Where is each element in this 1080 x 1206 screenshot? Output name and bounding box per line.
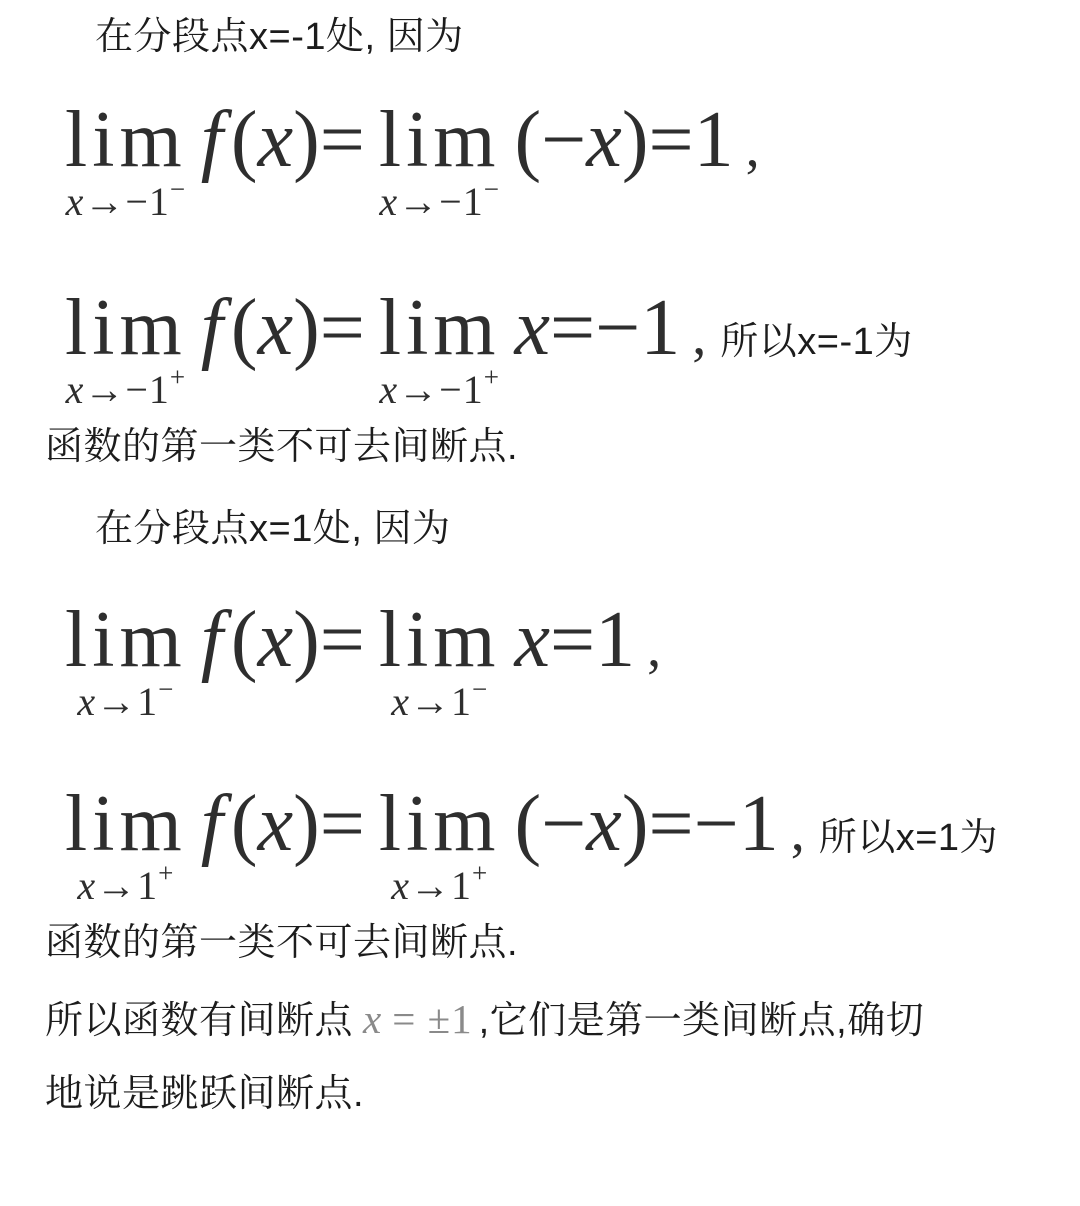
lim-label: lim bbox=[379, 780, 501, 868]
paragraph-piecewise-point-1: 在分段点x=1处, 因为 bbox=[95, 506, 1054, 554]
side-superscript: − bbox=[158, 674, 174, 704]
function-f: f bbox=[201, 96, 231, 184]
comma: , bbox=[647, 617, 661, 679]
limit-value: 1 bbox=[694, 96, 734, 184]
lim-label: lim bbox=[379, 284, 501, 372]
limit-subscript: x→−1− bbox=[66, 176, 187, 222]
lim-operator: limx→1− bbox=[65, 600, 187, 680]
comma: , bbox=[791, 801, 805, 863]
inline-math-x-equals-plusminus-1: x= ±1 bbox=[353, 996, 479, 1042]
limit-subscript: x→1− bbox=[77, 676, 174, 722]
lim-label: lim bbox=[65, 96, 187, 184]
summary-prefix: 所以函数有间断点 bbox=[45, 1000, 353, 1042]
formula-suffix-text: 所以x=1为 bbox=[819, 817, 998, 859]
lim-operator: limx→−1+ bbox=[379, 288, 501, 368]
lim-operator: limx→−1− bbox=[379, 100, 501, 180]
lim-operator: limx→−1+ bbox=[65, 288, 187, 368]
lim-operator: limx→1− bbox=[379, 600, 501, 680]
side-superscript: − bbox=[484, 174, 500, 204]
limit-value: 1 bbox=[595, 596, 635, 684]
summary-suffix: ,它们是第一类间断点,确切 bbox=[479, 1000, 925, 1042]
limit-subscript: x→−1+ bbox=[66, 364, 187, 410]
comma: , bbox=[692, 305, 706, 367]
side-superscript: + bbox=[484, 362, 500, 392]
paragraph-summary-line2: 地说是跳跃间断点. bbox=[45, 1071, 1054, 1119]
limit-subscript: x→1+ bbox=[391, 860, 488, 906]
function-f: f bbox=[201, 780, 231, 868]
side-superscript: + bbox=[170, 362, 186, 392]
lim-label: lim bbox=[65, 780, 187, 868]
side-superscript: + bbox=[158, 858, 174, 888]
function-f: f bbox=[201, 596, 231, 684]
side-superscript: + bbox=[472, 858, 488, 888]
lim-operator: limx→1+ bbox=[379, 784, 501, 864]
limit-value: −1 bbox=[694, 780, 779, 868]
side-superscript: − bbox=[472, 674, 488, 704]
formula-suffix-text: 所以x=-1为 bbox=[720, 321, 912, 363]
limit-equation-left-at-1: limx→1−f(x)=limx→1−x=1, bbox=[65, 600, 1054, 736]
paragraph-conclusion-1: 函数的第一类不可去间断点. bbox=[45, 920, 1054, 968]
lim-operator: limx→1+ bbox=[65, 784, 187, 864]
comma: , bbox=[746, 117, 760, 179]
document-page: 在分段点x=-1处, 因为 limx→−1−f(x)=limx→−1−(−x)=… bbox=[0, 0, 1080, 1119]
limit-subscript: x→1+ bbox=[77, 860, 174, 906]
paragraph-conclusion-neg1: 函数的第一类不可去间断点. bbox=[45, 424, 1054, 472]
function-f: f bbox=[201, 284, 231, 372]
limit-value: −1 bbox=[595, 284, 680, 372]
limit-subscript: x→−1+ bbox=[379, 364, 500, 410]
paragraph-summary-line1: 所以函数有间断点x= ±1,它们是第一类间断点,确切 bbox=[45, 994, 1054, 1046]
limit-equation-left-at-neg1: limx→−1−f(x)=limx→−1−(−x)=1, bbox=[65, 100, 1054, 236]
limit-subscript: x→−1− bbox=[379, 176, 500, 222]
lim-label: lim bbox=[65, 596, 187, 684]
limit-equation-right-at-1: limx→1+f(x)=limx→1+(−x)=−1,所以x=1为 bbox=[65, 784, 1054, 920]
side-superscript: − bbox=[170, 174, 186, 204]
lim-label: lim bbox=[379, 96, 501, 184]
lim-label: lim bbox=[65, 284, 187, 372]
lim-label: lim bbox=[379, 596, 501, 684]
lim-operator: limx→−1− bbox=[65, 100, 187, 180]
limit-equation-right-at-neg1: limx→−1+f(x)=limx→−1+x=−1,所以x=-1为 bbox=[65, 288, 1054, 424]
limit-subscript: x→1− bbox=[391, 676, 488, 722]
paragraph-piecewise-point-neg1: 在分段点x=-1处, 因为 bbox=[95, 14, 1054, 62]
